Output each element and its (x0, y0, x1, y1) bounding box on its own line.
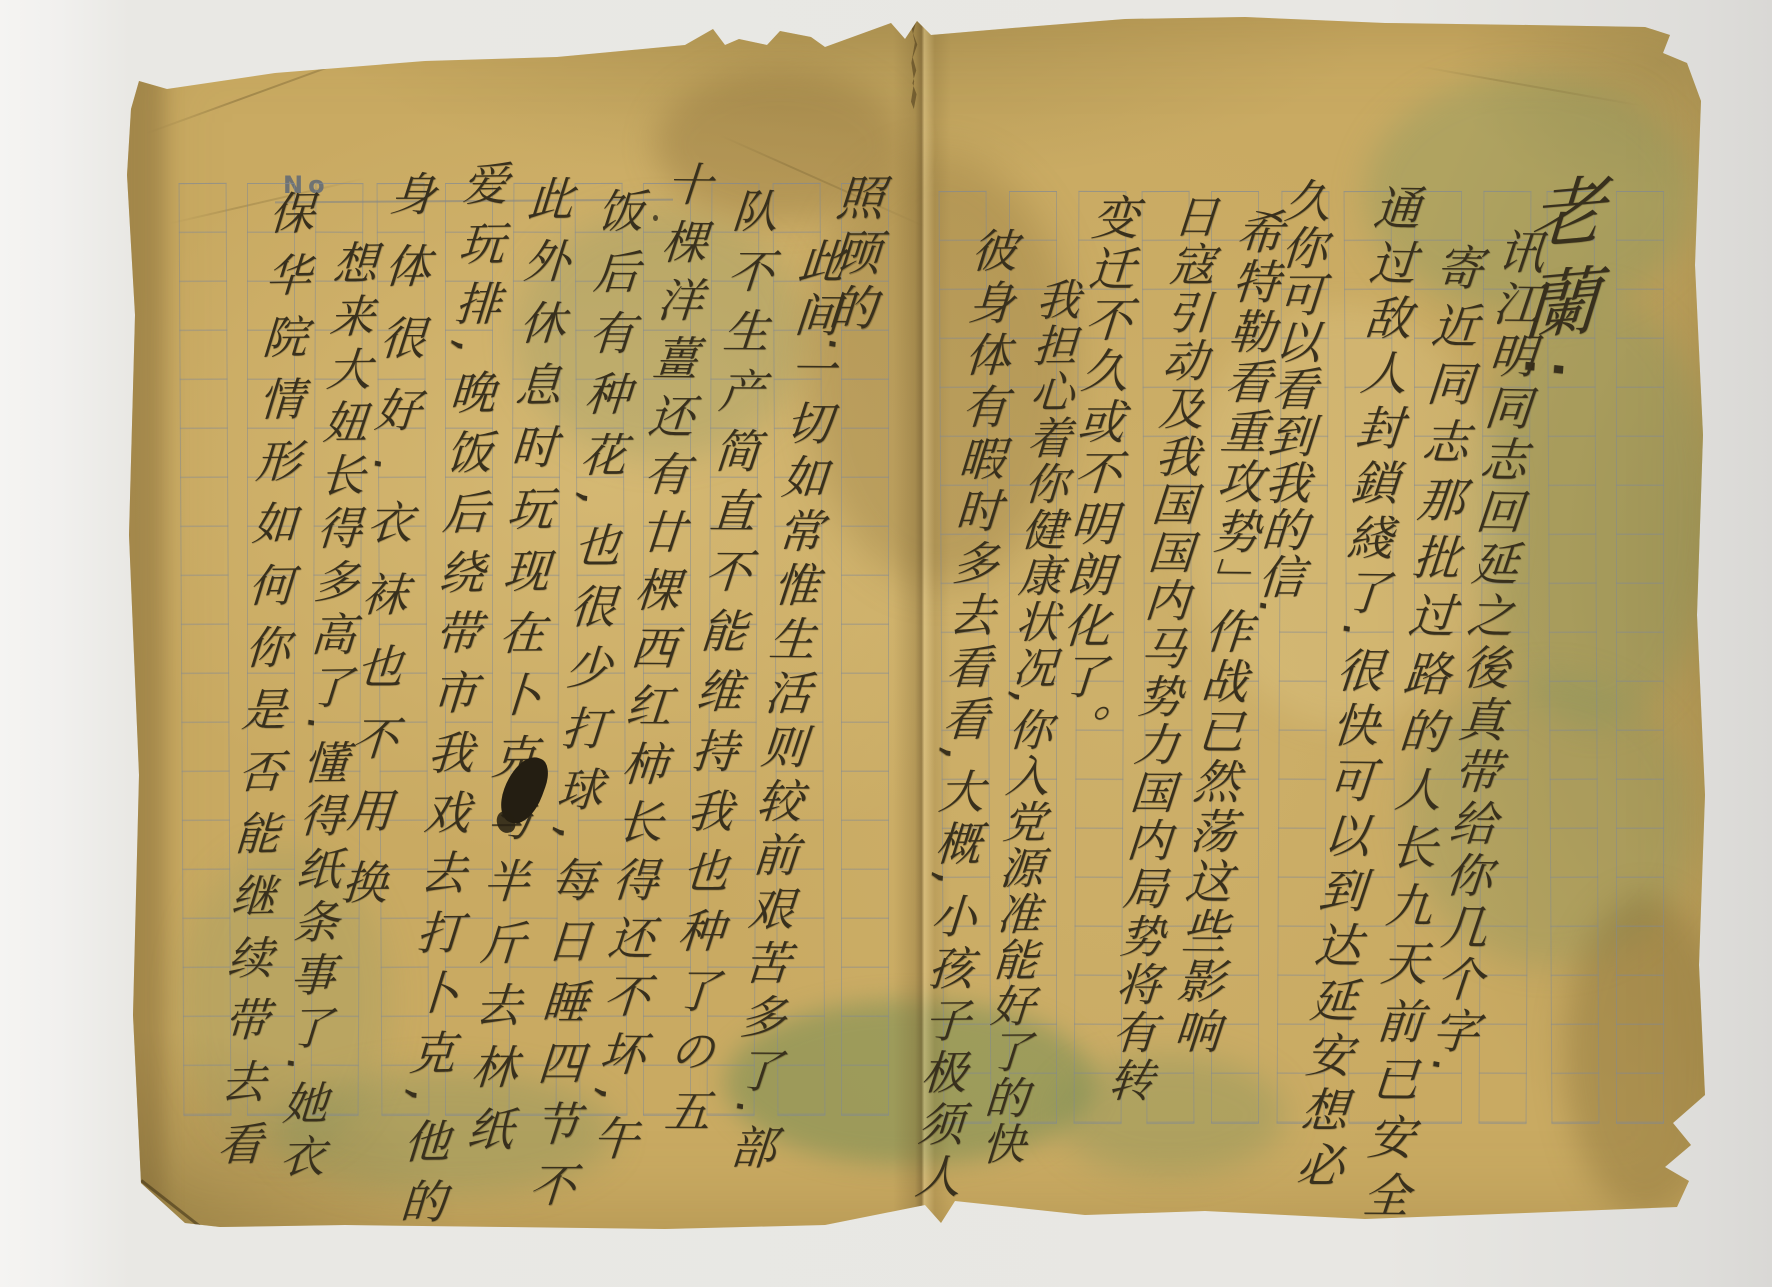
letter-paper: No 老蘭:讯江明同志回延之後真带给你几个字.寄近同志那批过路的人长九天前已安全… (125, 15, 1725, 1230)
scanned-letter-photo: { "colors": { "background": "#e9e8e4", "… (0, 0, 1772, 1287)
handwriting-layer: 老蘭:讯江明同志回延之後真带给你几个字.寄近同志那批过路的人长九天前已安全通过敌… (125, 15, 1725, 1230)
